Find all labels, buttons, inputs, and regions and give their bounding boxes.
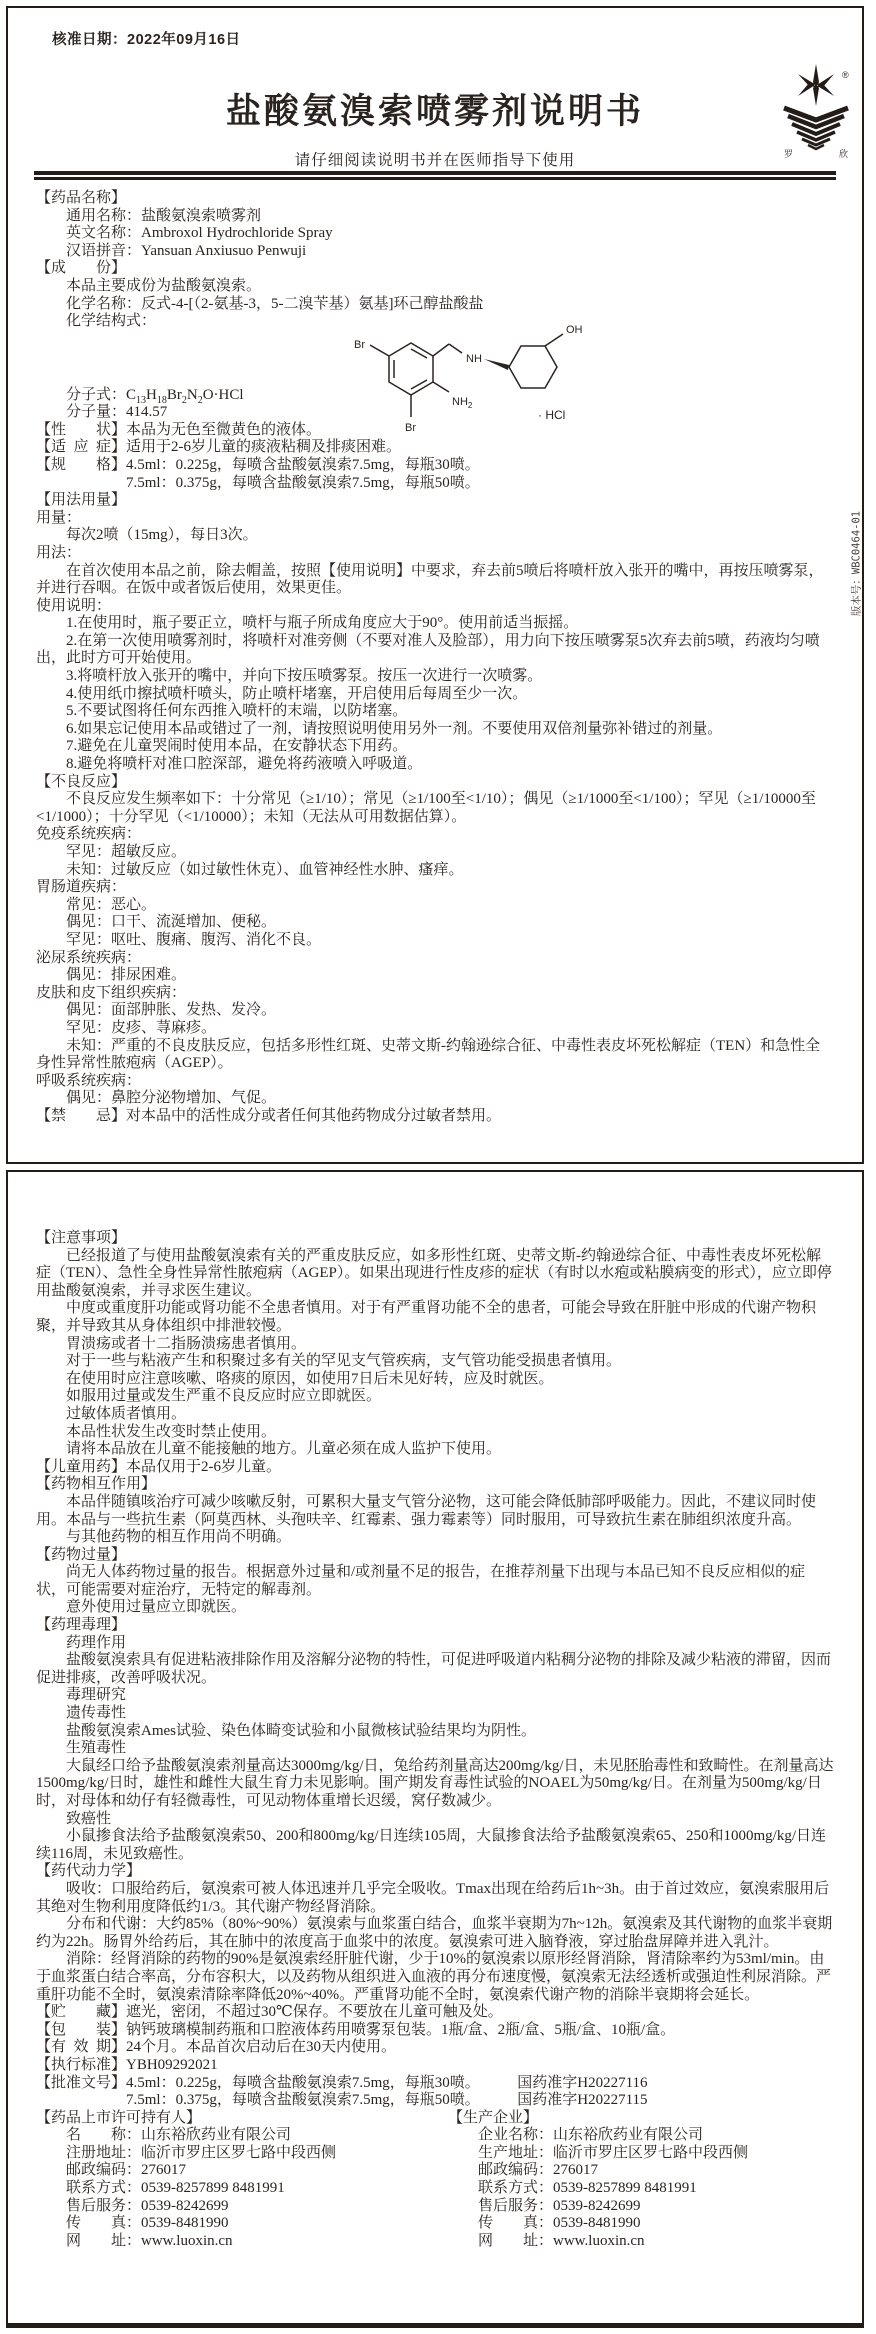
doc-line: 名 称：山东裕欣药业有限公司 bbox=[36, 2127, 448, 2145]
atom-label-nh: NH bbox=[466, 353, 482, 365]
doc-line: 已经报道了与使用盐酸氨溴索有关的严重皮肤反应，如多形性红斑、史蒂文斯-约翰逊综合… bbox=[36, 1248, 834, 1301]
company-info-columns: 【药品上市许可持有人】名 称：山东裕欣药业有限公司注册地址：临沂市罗庄区罗七路中… bbox=[36, 2110, 834, 2251]
page-title: 盐酸氨溴索喷雾剂说明书 bbox=[8, 84, 862, 134]
doc-line: 呼吸系统疾病： bbox=[36, 1073, 834, 1091]
doc-line: 罕见：呕吐、腹痛、腹泻、消化不良。 bbox=[36, 932, 834, 950]
doc-line: 用法： bbox=[36, 545, 834, 563]
doc-line: 【贮 藏】遮光，密闭，不超过30℃保存。不要放在儿童可触及处。 bbox=[36, 2004, 834, 2022]
doc-line: 传 真：0539-8481990 bbox=[36, 2215, 448, 2233]
doc-line: 中度或重度肝功能或肾功能不全患者慎用。对于有严重肾功能不全的患者，可能会导致在肝… bbox=[36, 1300, 834, 1335]
doc-line: 【药品上市许可持有人】 bbox=[36, 2110, 448, 2128]
chemical-structure-block: 分子式：C13H18Br2N2O·HCl 分子量：414.57 bbox=[36, 331, 834, 422]
doc-line: 尚无人体药物过量的报告。根据意外过量和/或剂量不足的报告，在推荐剂量下出现与本品… bbox=[36, 1564, 834, 1599]
section-precautions-to-approval: 【注意事项】已经报道了与使用盐酸氨溴索有关的严重皮肤反应，如多形性红斑、史蒂文斯… bbox=[36, 1230, 834, 2110]
manufacturer-info: 【生产企业】企业名称：山东裕欣药业有限公司生产地址：临沂市罗庄区罗七路中段西侧邮… bbox=[448, 2110, 834, 2251]
doc-line: 英文名称：Ambroxol Hydrochloride Spray bbox=[36, 225, 834, 243]
doc-line: 如服用过量或发生严重不良反应时应立即就医。 bbox=[36, 1388, 834, 1406]
registered-mark: ® bbox=[842, 70, 849, 80]
doc-line: 用量： bbox=[36, 510, 834, 528]
doc-line: 罕见：皮疹、荨麻疹。 bbox=[36, 1020, 834, 1038]
doc-line: 偶见：鼻腔分泌物增加、气促。 bbox=[36, 1090, 834, 1108]
doc-line: 【用法用量】 bbox=[36, 492, 834, 510]
formula-block: 分子式：C13H18Br2N2O·HCl 分子量：414.57 bbox=[36, 387, 244, 422]
doc-line: 【药代动力学】 bbox=[36, 1863, 834, 1881]
doc-line: 小鼠掺食法给予盐酸氨溴索50、200和800mg/kg/日连续105周，大鼠掺食… bbox=[36, 1828, 834, 1863]
section-names-composition: 【药品名称】通用名称：盐酸氨溴索喷雾剂英文名称：Ambroxol Hydroch… bbox=[36, 190, 834, 331]
doc-line: 【不良反应】 bbox=[36, 774, 834, 792]
doc-line: 售后服务：0539-8242699 bbox=[36, 2198, 448, 2216]
doc-line: 生殖毒性 bbox=[36, 1740, 834, 1758]
doc-line: 在首次使用本品之前，除去帽盖，按照【使用说明】中要求，弃去前5喷后将喷杆放入张开… bbox=[36, 563, 834, 598]
atom-label-oh: OH bbox=[566, 324, 583, 336]
leaflet-body-1: 【药品名称】通用名称：盐酸氨溴索喷雾剂英文名称：Ambroxol Hydroch… bbox=[36, 190, 834, 1126]
doc-line: 企业名称：山东裕欣药业有限公司 bbox=[448, 2127, 834, 2145]
doc-line: 1.在使用时，瓶子要正立，喷杆与瓶子所成角度应大于90°。使用前适当振摇。 bbox=[36, 615, 834, 633]
doc-line: 本品主要成份为盐酸氨溴索。 bbox=[36, 278, 834, 296]
doc-line: 偶见：面部肿胀、发热、发冷。 bbox=[36, 1002, 834, 1020]
doc-line: 邮政编码：276017 bbox=[36, 2162, 448, 2180]
doc-line: 不良反应发生频率如下：十分常见（≥1/10）；常见（≥1/100至<1/10）；… bbox=[36, 791, 834, 826]
doc-line: 意外使用过量应立即就医。 bbox=[36, 1599, 834, 1617]
doc-line: 本品伴随镇咳治疗可减少咳嗽反射，可累积大量支气管分泌物，这可能会降低肺部呼吸能力… bbox=[36, 1494, 834, 1529]
doc-line: 毒理研究 bbox=[36, 1687, 834, 1705]
doc-line: 未知：严重的不良皮肤反应，包括多形性红斑、史蒂文斯-约翰逊综合征、中毒性表皮坏死… bbox=[36, 1038, 834, 1073]
doc-line: 大鼠经口给予盐酸氨溴索剂量高达3000mg/kg/日，兔给药剂量高达200mg/… bbox=[36, 1758, 834, 1811]
doc-line: 吸收：口服给药后，氨溴索可被人体迅速并几乎完全吸收。Tmax出现在给药后1h~3… bbox=[36, 1881, 834, 1916]
doc-line: 每次2喷（15mg），每日3次。 bbox=[36, 527, 834, 545]
atom-label-br-top: Br bbox=[354, 339, 365, 351]
doc-line: 【包 装】钠钙玻璃模制药瓶和口腔液体药用喷雾泵包装。1瓶/盒、2瓶/盒、5瓶/盒… bbox=[36, 2022, 834, 2040]
doc-line: 盐酸氨溴索Ames试验、染色体畸变试验和小鼠微核试验结果均为阴性。 bbox=[36, 1723, 834, 1741]
section-properties-to-contraindications: 【性 状】本品为无色至微黄色的液体。【适 应 症】适用于2-6岁儿童的痰液粘稠及… bbox=[36, 422, 834, 1126]
doc-line: 【执行标准】YBH09292021 bbox=[36, 2057, 834, 2075]
doc-line: 【规 格】4.5ml：0.225g，每喷含盐酸氨溴索7.5mg，每瓶30喷。 bbox=[36, 457, 834, 475]
doc-line: 汉语拼音：Yansuan Anxiusuo Penwuji bbox=[36, 243, 834, 261]
doc-line: 8.避免将喷杆对准口腔深部，避免将药液喷入呼吸道。 bbox=[36, 756, 834, 774]
doc-line: 【成 份】 bbox=[36, 260, 834, 278]
luoxin-brand-logo-icon: ® 罗 欣 bbox=[782, 62, 850, 158]
leaflet-page-1: 核准日期：2022年09月16日 盐酸氨溴索喷雾剂说明书 ® 罗 欣 请仔细阅读… bbox=[6, 6, 864, 1164]
doc-line: 通用名称：盐酸氨溴索喷雾剂 bbox=[36, 208, 834, 226]
doc-line: 未知：过敏反应（如过敏性休克）、血管神经性水肿、瘙痒。 bbox=[36, 862, 834, 880]
doc-line: 偶见：口干、流涎增加、便秘。 bbox=[36, 914, 834, 932]
approval-date: 核准日期：2022年09月16日 bbox=[52, 28, 241, 49]
molecular-weight: 分子量：414.57 bbox=[36, 404, 244, 422]
doc-line: 【生产企业】 bbox=[448, 2110, 834, 2128]
doc-line: 在使用时应注意咳嗽、咯痰的原因，如使用7日后未见好转，应及时就医。 bbox=[36, 1371, 834, 1389]
leaflet-page-2: 【注意事项】已经报道了与使用盐酸氨溴索有关的严重皮肤反应，如多形性红斑、史蒂文斯… bbox=[6, 1170, 864, 2328]
doc-line: 致癌性 bbox=[36, 1811, 834, 1829]
license-holder-info: 【药品上市许可持有人】名 称：山东裕欣药业有限公司注册地址：临沂市罗庄区罗七路中… bbox=[36, 2110, 448, 2251]
doc-line: 7.5ml：0.375g，每喷含盐酸氨溴索7.5mg，每瓶50喷。 bbox=[36, 475, 834, 493]
doc-line: 分布和代谢：大约85%（80%~90%）氨溴索与血浆蛋白结合，血浆半衰期为7h~… bbox=[36, 1916, 834, 1951]
doc-line: 生产地址：临沂市罗庄区罗七路中段西侧 bbox=[448, 2145, 834, 2163]
doc-line: 【有 效 期】24个月。本品首次启动后在30天内使用。 bbox=[36, 2039, 834, 2057]
chemical-structure-diagram: Br Br NH NH2 OH · HCl bbox=[316, 321, 626, 443]
doc-line: 泌尿系统疾病： bbox=[36, 950, 834, 968]
doc-line: 3.将喷杆放入张开的嘴中，并向下按压喷雾泵。按压一次进行一次喷雾。 bbox=[36, 668, 834, 686]
version-number-note: 版本号：WBC0464-01 bbox=[849, 502, 864, 626]
doc-line: 【儿童用药】本品仅用于2-6岁儿童。 bbox=[36, 1459, 834, 1477]
atom-label-nh2: NH2 bbox=[452, 396, 473, 410]
doc-line: 药理作用 bbox=[36, 1635, 834, 1653]
doc-line: 皮肤和皮下组织疾病： bbox=[36, 985, 834, 1003]
doc-line: 售后服务：0539-8242699 bbox=[448, 2198, 834, 2216]
doc-line: 【药物过量】 bbox=[36, 1547, 834, 1565]
molecular-formula: 分子式：C13H18Br2N2O·HCl bbox=[36, 387, 244, 405]
doc-line: 本品性状发生改变时禁止使用。 bbox=[36, 1424, 834, 1442]
doc-line: 使用说明： bbox=[36, 598, 834, 616]
doc-line: 偶见：排尿困难。 bbox=[36, 967, 834, 985]
doc-line: 【药物相互作用】 bbox=[36, 1476, 834, 1494]
doc-line: 注册地址：临沂市罗庄区罗七路中段西侧 bbox=[36, 2145, 448, 2163]
doc-line: 请将本品放在儿童不能接触的地方。儿童必须在成人监护下使用。 bbox=[36, 1441, 834, 1459]
doc-line: 胃肠道疾病： bbox=[36, 879, 834, 897]
doc-line: 6.如果忘记使用本品或错过了一剂，请按照说明使用另外一剂。不要使用双倍剂量弥补错… bbox=[36, 721, 834, 739]
doc-line: 4.使用纸巾擦拭喷杆喷头，防止喷杆堵塞，开启使用后每周至少一次。 bbox=[36, 686, 834, 704]
doc-line: 5.不要试图将任何东西推入喷杆的末端，以防堵塞。 bbox=[36, 703, 834, 721]
doc-line: 【禁 忌】对本品中的活性成分或者任何其他药物成分过敏者禁用。 bbox=[36, 1108, 834, 1126]
doc-line: 2.在第一次使用喷雾剂时，将喷杆对准旁侧（不要对准人及脸部），用力向下按压喷雾泵… bbox=[36, 633, 834, 668]
header-divider bbox=[34, 171, 836, 180]
doc-line: 网 址：www.luoxin.cn bbox=[36, 2233, 448, 2251]
doc-line: 7.5ml：0.375g，每喷含盐酸氨溴索7.5mg，每瓶50喷。 国药准字H2… bbox=[36, 2092, 834, 2110]
doc-line: 罕见：超敏反应。 bbox=[36, 844, 834, 862]
doc-line: 联系方式：0539-8257899 8481991 bbox=[448, 2180, 834, 2198]
hcl-label: · HCl bbox=[538, 408, 565, 422]
doc-line: 与其他药物的相互作用尚不明确。 bbox=[36, 1529, 834, 1547]
doc-line: 常见：恶心。 bbox=[36, 897, 834, 915]
doc-line: 邮政编码：276017 bbox=[448, 2162, 834, 2180]
read-carefully-subtitle: 请仔细阅读说明书并在医师指导下使用 bbox=[8, 148, 862, 170]
leaflet-body-2: 【注意事项】已经报道了与使用盐酸氨溴索有关的严重皮肤反应，如多形性红斑、史蒂文斯… bbox=[36, 1230, 834, 2250]
doc-line: 7.避免在儿童哭闹时使用本品，在安静状态下用药。 bbox=[36, 738, 834, 756]
doc-line: 【批准文号】4.5ml：0.225g，每喷含盐酸氨溴索7.5mg，每瓶30喷。 … bbox=[36, 2075, 834, 2093]
atom-label-br-bottom: Br bbox=[405, 422, 416, 434]
doc-line: 盐酸氨溴索具有促进粘液排除作用及溶解分泌物的特性，可促进呼吸道内粘稠分泌物的排除… bbox=[36, 1652, 834, 1687]
doc-line: 遗传毒性 bbox=[36, 1705, 834, 1723]
doc-line: 对于一些与粘液产生和积聚过多有关的罕见支气管疾病，支气管功能受损患者慎用。 bbox=[36, 1353, 834, 1371]
doc-line: 传 真：0539-8481990 bbox=[448, 2215, 834, 2233]
doc-line: 过敏体质者慎用。 bbox=[36, 1406, 834, 1424]
doc-line: 消除：经肾消除的药物的90%是氨溴索经肝脏代谢，少于10%的氨溴索以原形经肾消除… bbox=[36, 1951, 834, 2004]
doc-line: 胃溃疡或者十二指肠溃疡患者慎用。 bbox=[36, 1336, 834, 1354]
doc-line: 免疫系统疾病： bbox=[36, 826, 834, 844]
doc-line: 联系方式：0539-8257899 8481991 bbox=[36, 2180, 448, 2198]
doc-line: 化学名称：反式-4-[（2-氨基-3，5-二溴苄基）氨基]环己醇盐酸盐 bbox=[36, 296, 834, 314]
doc-line: 【药理毒理】 bbox=[36, 1617, 834, 1635]
doc-line: 【药品名称】 bbox=[36, 190, 834, 208]
doc-line: 【注意事项】 bbox=[36, 1230, 834, 1248]
doc-line: 网 址：www.luoxin.cn bbox=[448, 2233, 834, 2251]
